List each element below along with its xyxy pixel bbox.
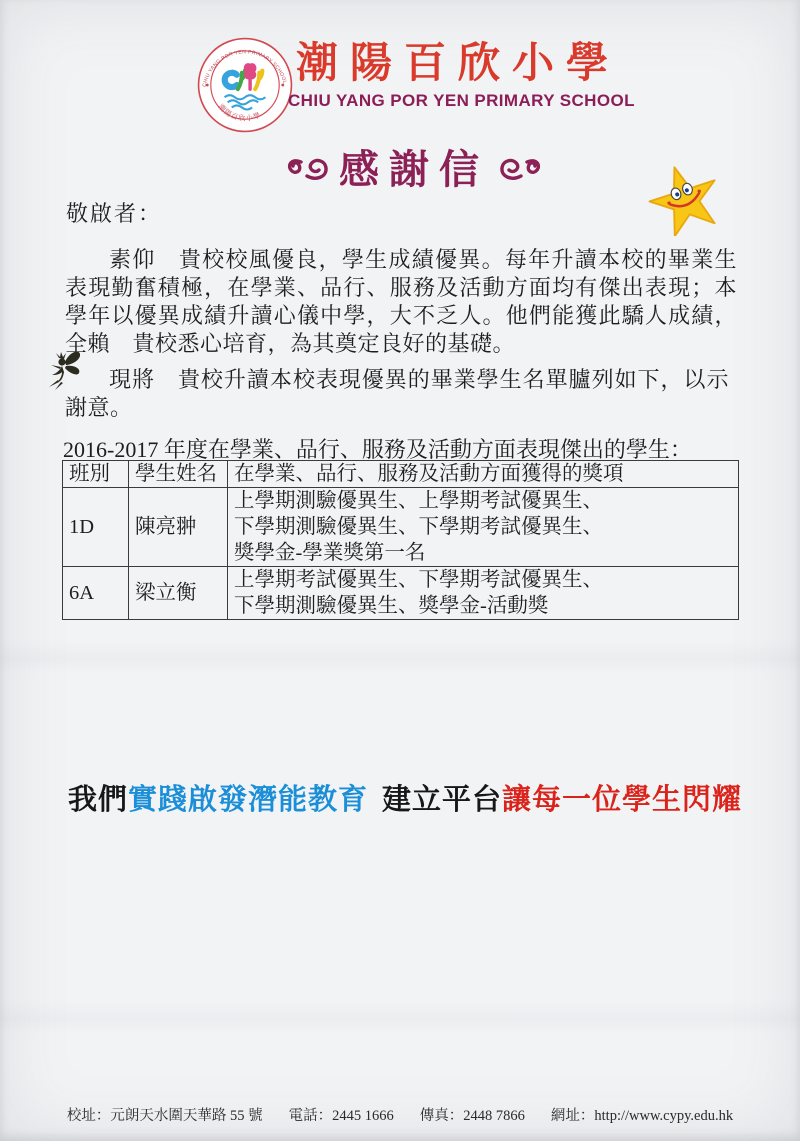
slogan-right: 建立平台讓每一位學生閃耀 bbox=[382, 777, 742, 818]
salutation: 敬啟者： bbox=[66, 197, 162, 228]
award-table: 班別 學生姓名 在學業、品行、服務及活動方面獲得的獎項 1D 陳亮翀 上學期測驗… bbox=[62, 460, 739, 620]
slogan-left-black: 我們 bbox=[68, 784, 128, 816]
school-name-chinese: 潮陽百欣小學 bbox=[296, 40, 618, 86]
footer-contact-line: 校址：元朗天水圍天華路 55 號 電話：2445 1666 傳真：2448 78… bbox=[0, 1104, 800, 1125]
class-cell: 6A bbox=[63, 567, 129, 620]
school-name-english: CHIU YANG POR YEN PRIMARY SCHOOL bbox=[288, 91, 618, 111]
student-name-cell: 梁立衡 bbox=[129, 567, 228, 620]
column-header-class: 班別 bbox=[63, 461, 129, 488]
footer-website: 網址：http://www.cypy.edu.hk bbox=[551, 1104, 733, 1125]
footer-fax: 傳真：2448 7866 bbox=[420, 1104, 525, 1125]
column-header-student-name: 學生姓名 bbox=[129, 461, 228, 488]
slogan-right-black: 建立平台 bbox=[382, 784, 502, 816]
slogan-left-blue: 實踐啟發潛能教育 bbox=[128, 784, 368, 816]
title-swirl-right-icon bbox=[497, 156, 543, 184]
paper-crease bbox=[0, 640, 800, 674]
student-name-cell: 陳亮翀 bbox=[129, 488, 228, 567]
scanned-letter-page: CHIU YANG POR YEN PRIMARY SCHOOL 潮陽百欣小學 … bbox=[0, 0, 800, 1141]
title-swirl-left-icon bbox=[285, 156, 331, 184]
award-line: 下學期測驗優異生、獎學金-活動獎 bbox=[234, 593, 732, 619]
school-name-block: 潮陽百欣小學 CHIU YANG POR YEN PRIMARY SCHOOL bbox=[288, 40, 618, 111]
table-row: 6A 梁立衡 上學期考試優異生、下學期考試優異生、 下學期測驗優異生、獎學金-活… bbox=[63, 567, 739, 620]
letter-paragraph-1: 素仰 貴校校風優良，學生成績優異。每年升讀本校的畢業生表現勤奮積極，在學業、品行… bbox=[65, 246, 737, 358]
school-logo: CHIU YANG POR YEN PRIMARY SCHOOL 潮陽百欣小學 bbox=[196, 36, 294, 134]
school-slogan: 我們實踐啟發潛能教育 建立平台讓每一位學生閃耀 bbox=[68, 777, 742, 818]
slogan-left: 我們實踐啟發潛能教育 bbox=[68, 777, 368, 818]
letter-paragraph-2: 現將 貴校升讀本校表現優異的畢業學生名單臚列如下，以示謝意。 bbox=[65, 366, 729, 422]
award-line: 上學期測驗優異生、上學期考試優異生、 bbox=[234, 488, 732, 514]
award-line: 獎學金-學業獎第一名 bbox=[234, 540, 732, 566]
awards-cell: 上學期考試優異生、下學期考試優異生、 下學期測驗優異生、獎學金-活動獎 bbox=[228, 567, 739, 620]
awards-cell: 上學期測驗優異生、上學期考試優異生、 下學期測驗優異生、下學期考試優異生、 獎學… bbox=[228, 488, 739, 567]
letter-title-row: 感謝信 bbox=[0, 150, 800, 190]
slogan-right-red: 讓每一位學生閃耀 bbox=[502, 784, 742, 816]
letter-title: 感謝信 bbox=[339, 150, 489, 190]
footer-address: 校址：元朗天水圍天華路 55 號 bbox=[67, 1104, 263, 1125]
award-line: 上學期考試優異生、下學期考試優異生、 bbox=[234, 567, 732, 593]
paper-crease bbox=[0, 1000, 800, 1034]
column-header-awards: 在學業、品行、服務及活動方面獲得的獎項 bbox=[228, 461, 739, 488]
class-cell: 1D bbox=[63, 488, 129, 567]
award-line: 下學期測驗優異生、下學期考試優異生、 bbox=[234, 514, 732, 540]
footer-phone: 電話：2445 1666 bbox=[289, 1104, 394, 1125]
award-table-header-row: 班別 學生姓名 在學業、品行、服務及活動方面獲得的獎項 bbox=[63, 461, 739, 488]
table-row: 1D 陳亮翀 上學期測驗優異生、上學期考試優異生、 下學期測驗優異生、下學期考試… bbox=[63, 488, 739, 567]
